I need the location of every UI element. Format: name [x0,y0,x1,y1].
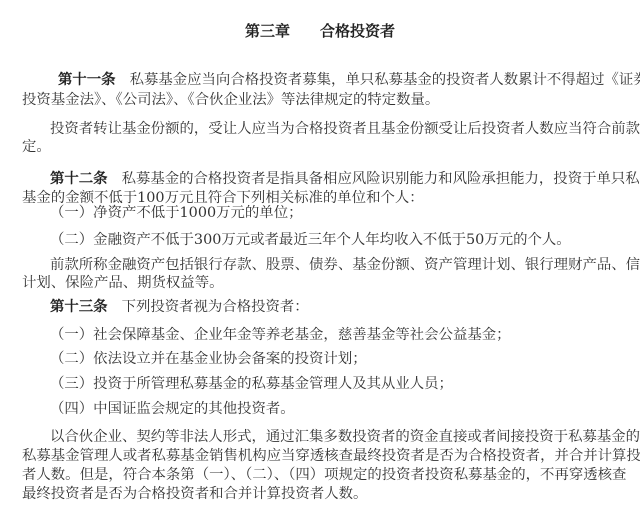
article-11-line-2: 投资基金法》、《公司法》、《合伙企业法》等法律规定的特定数量。 [22,91,439,109]
article-12-para2-line-1: 前款所称金融资产包括银行存款、股票、债券、基金份额、资产管理计划、银行理财产品、… [50,256,640,274]
article-13-item-4: （四）中国证监会规定的其他投资者。 [50,400,295,418]
article-12-para2-line-2: 计划、保险产品、期货权益等。 [22,274,223,292]
article-13-para2-line-2: 私募基金管理人或者私募基金销售机构应当穿透核查最终投资者是否为合格投资者，并合并… [22,447,640,465]
article-11-text-1: 私募基金应当向合格投资者募集，单只私募基金的投资者人数累计不得超过《证券 [130,72,640,88]
document-page: 第三章 合格投资者 第十一条私募基金应当向合格投资者募集，单只私募基金的投资者人… [0,0,640,521]
article-12-text-1: 私募基金的合格投资者是指具备相应风险识别能力和风险承担能力，投资于单只私募 [122,171,640,187]
article-13-para2-line-4: 最终投资者是否为合格投资者和合并计算投资者人数。 [22,485,367,503]
article-13-para2-line-1: 以合伙企业、契约等非法人形式，通过汇集多数投资者的资金直接或者间接投资于私募基金… [50,428,640,446]
article-12-item-2: （二）金融资产不低于300万元或者最近三年个人年均收入不低于50万元的个人。 [50,231,571,249]
article-12-label: 第十二条 [50,170,108,187]
article-13-text-1: 下列投资者视为合格投资者： [122,299,309,315]
article-11-line-1: 第十一条私募基金应当向合格投资者募集，单只私募基金的投资者人数累计不得超过《证券 [58,71,640,89]
article-11-para2-line-1: 投资者转让基金份额的，受让人应当为合格投资者且基金份额受让后投资者人数应当符合前… [50,120,640,138]
article-13-line-1: 第十三条下列投资者视为合格投资者： [50,298,309,316]
article-13-label: 第十三条 [50,298,108,315]
article-11-para2-line-2: 定。 [22,138,51,156]
article-12-line-1: 第十二条私募基金的合格投资者是指具备相应风险识别能力和风险承担能力，投资于单只私… [50,170,640,188]
article-13-para2-line-3: 者人数。但是，符合本条第（一）、（二）、（四）项规定的投资者投资私募基金的，不再… [22,466,626,484]
article-13-item-1: （一）社会保障基金、企业年金等养老基金，慈善基金等社会公益基金； [50,326,511,344]
article-11-label: 第十一条 [58,71,116,88]
article-12-item-1: （一）净资产不低于1000万元的单位； [50,204,302,222]
article-13-item-2: （二）依法设立并在基金业协会备案的投资计划； [50,350,367,368]
article-13-item-3: （三）投资于所管理私募基金的私募基金管理人及其从业人员； [50,375,453,393]
chapter-title: 第三章 合格投资者 [0,20,640,41]
